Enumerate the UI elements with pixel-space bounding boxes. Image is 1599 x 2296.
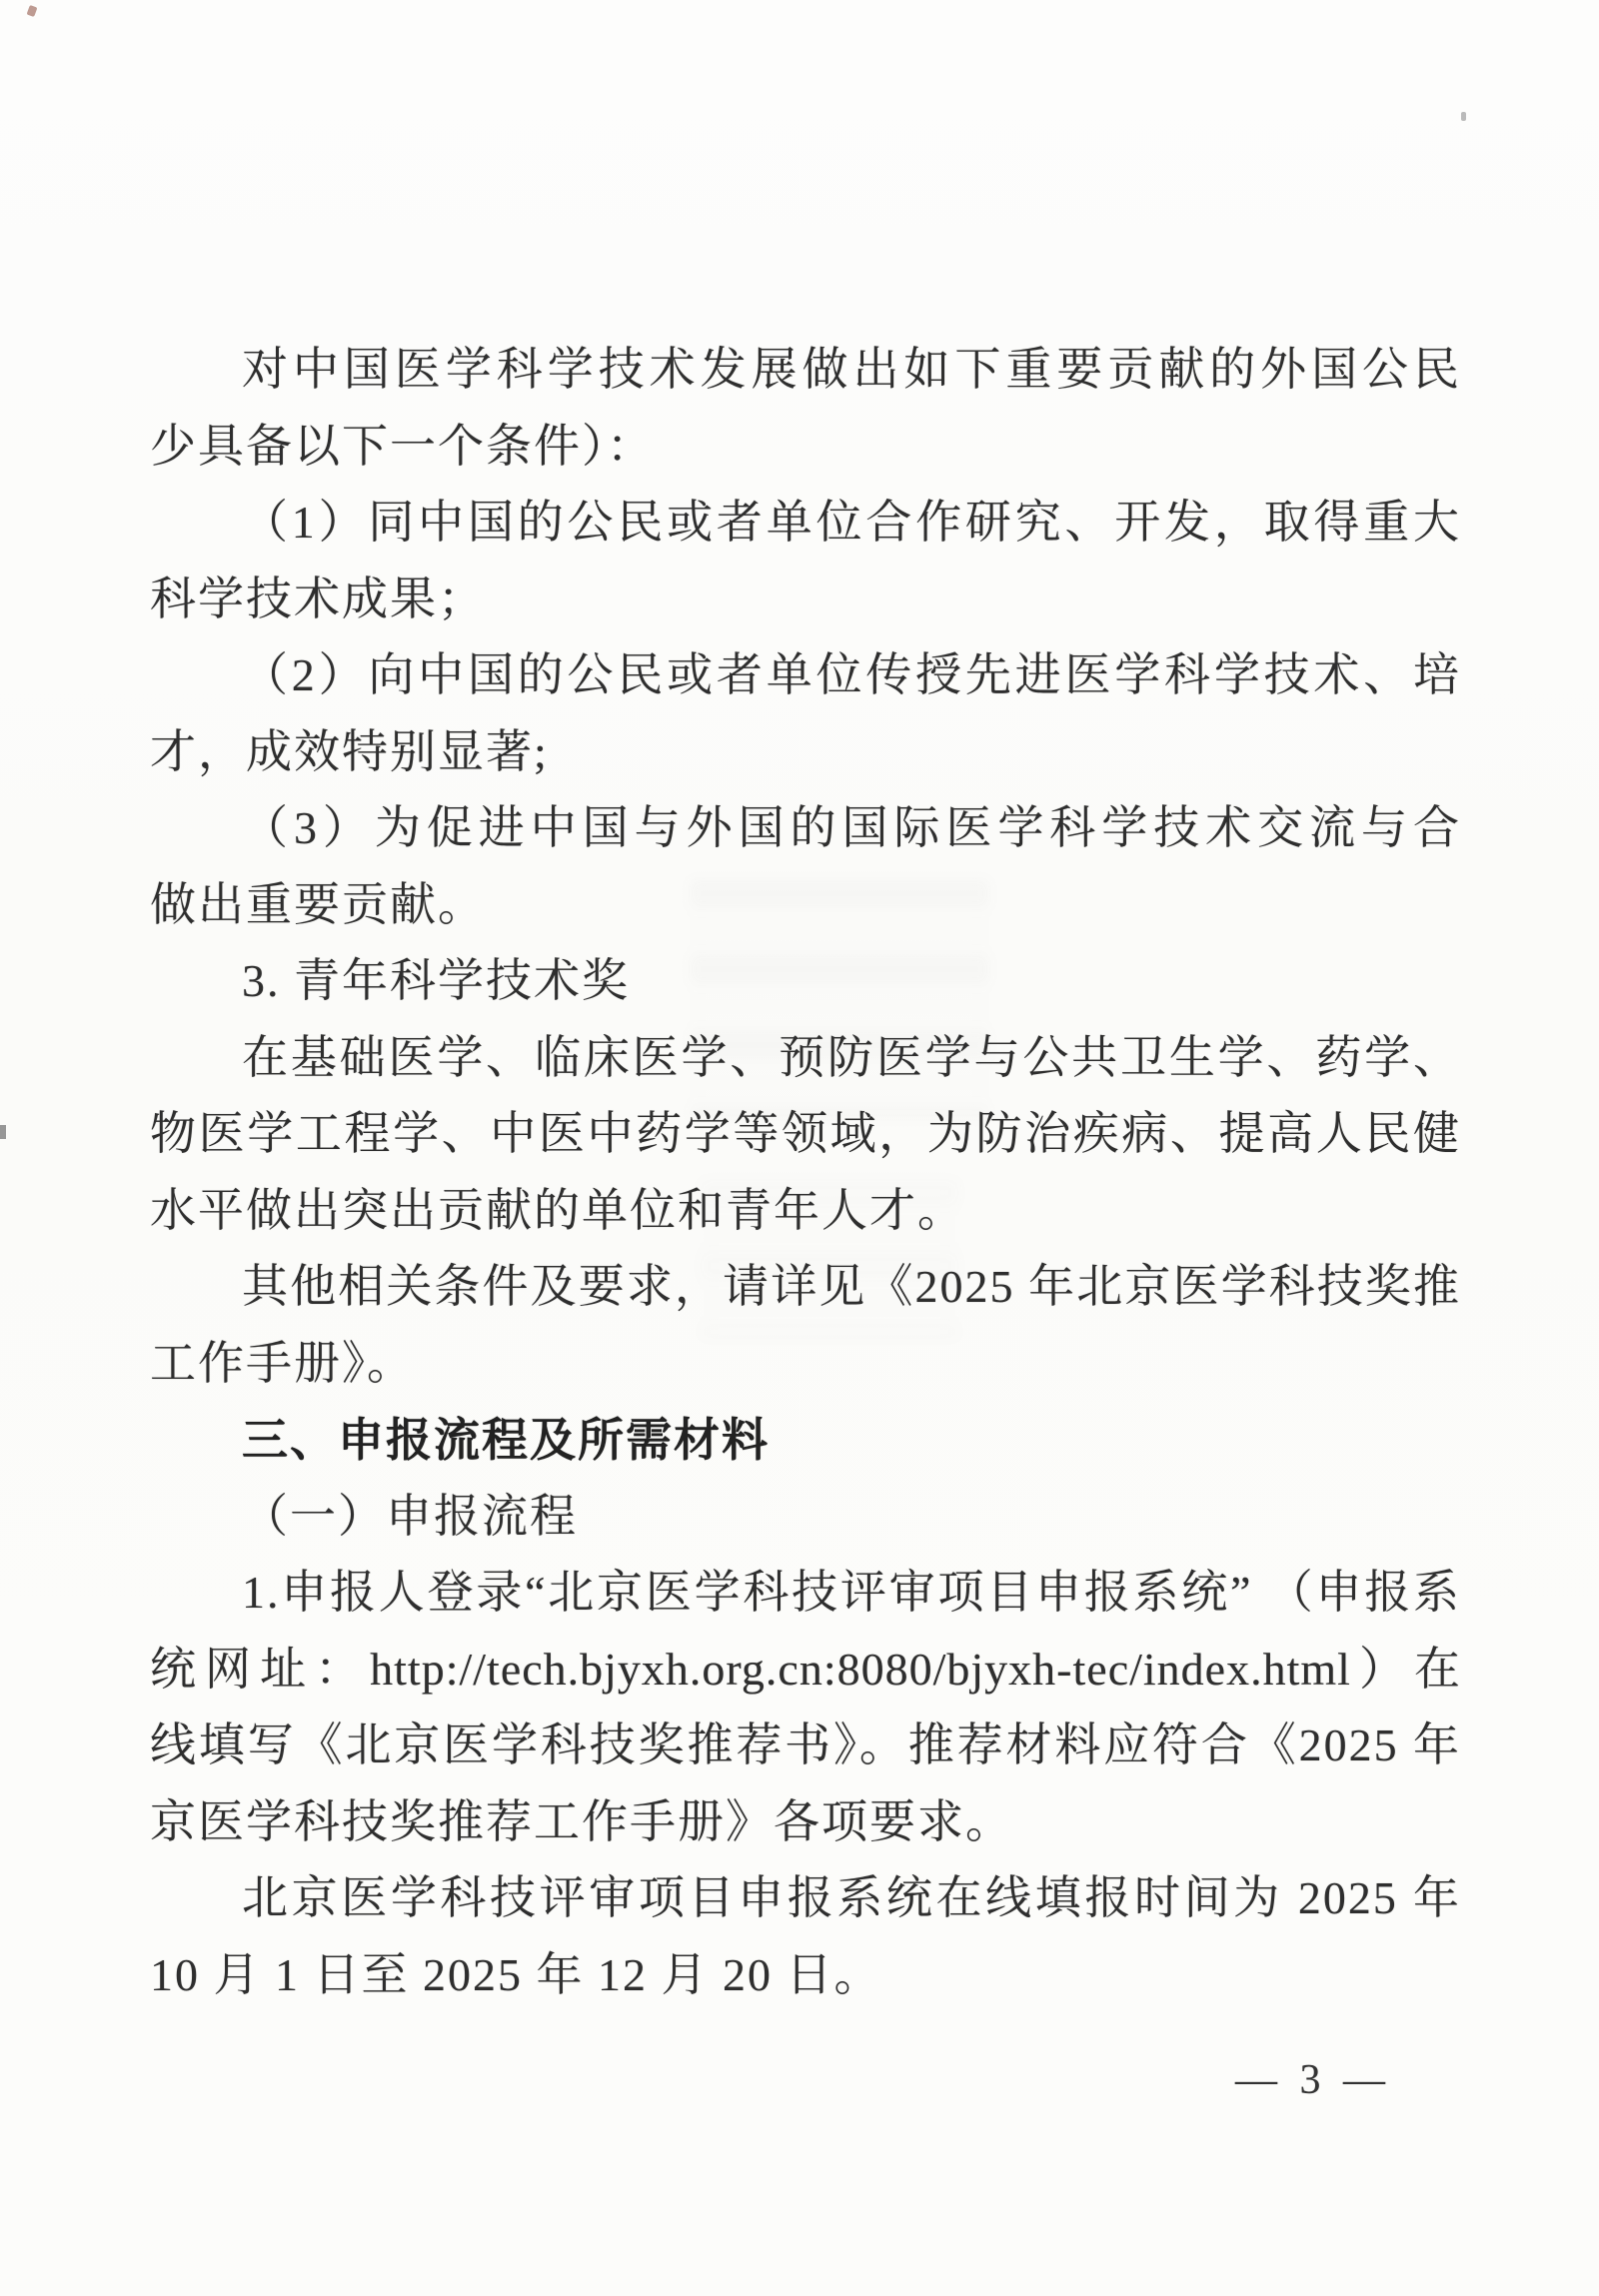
text-line: 少具备以下一个条件）：: [150, 409, 1461, 486]
text-line: 对中国医学科学技术发展做出如下重要贡献的外国公民（至: [150, 332, 1461, 409]
text-line: 10 月 1 日至 2025 年 12 月 20 日。: [150, 1937, 1461, 2014]
section-heading: 三、申报流程及所需材料: [150, 1402, 1461, 1479]
subsection-heading: （一）申报流程: [150, 1479, 1461, 1556]
text-line: 北京医学科技评审项目申报系统在线填报时间为 2025 年: [150, 1860, 1461, 1937]
list-item-heading: 3. 青年科学技术奖: [150, 943, 1461, 1020]
text-line: 京医学科技奖推荐工作手册》各项要求。: [150, 1784, 1461, 1861]
text-line: 1.申报人登录“北京医学科技评审项目申报系统” （申报系: [150, 1555, 1461, 1632]
scan-artifact: [1461, 112, 1466, 121]
text-line: （1）同中国的公民或者单位合作研究、开发，取得重大医学: [150, 485, 1461, 562]
text-line: 在基础医学、临床医学、预防医学与公共卫生学、药学、生: [150, 1020, 1461, 1097]
text-line: 科学技术成果；: [150, 562, 1461, 638]
text-line: 物医学工程学、中医中药学等领域，为防治疾病、提高人民健康: [150, 1096, 1461, 1173]
text-line: 才，成效特别显著;: [150, 714, 1461, 791]
text-line: 水平做出突出贡献的单位和青年人才。: [150, 1173, 1461, 1250]
text-line: 线填写《北京医学科技奖推荐书》。推荐材料应符合《2025 年北: [150, 1708, 1461, 1784]
scan-artifact: [0, 1125, 6, 1139]
text-line: 其他相关条件及要求，请详见《2025 年北京医学科技奖推荐: [150, 1249, 1461, 1326]
document-body: 对中国医学科学技术发展做出如下重要贡献的外国公民（至 少具备以下一个条件）： （…: [150, 332, 1461, 2013]
scanned-document-page: 对中国医学科学技术发展做出如下重要贡献的外国公民（至 少具备以下一个条件）： （…: [0, 0, 1599, 2296]
text-line: 做出重要贡献。: [150, 867, 1461, 944]
scan-artifact: [27, 5, 38, 17]
text-line: （3）为促进中国与外国的国际医学科学技术交流与合作，: [150, 790, 1461, 867]
page-number: — 3 —: [1235, 2056, 1391, 2104]
text-line: （2）向中国的公民或者单位传授先进医学科学技术、培养人: [150, 637, 1461, 714]
text-line-url: 统网址：http://tech.bjyxh.org.cn:8080/bjyxh-…: [150, 1632, 1461, 1709]
text-line: 工作手册》。: [150, 1326, 1461, 1403]
